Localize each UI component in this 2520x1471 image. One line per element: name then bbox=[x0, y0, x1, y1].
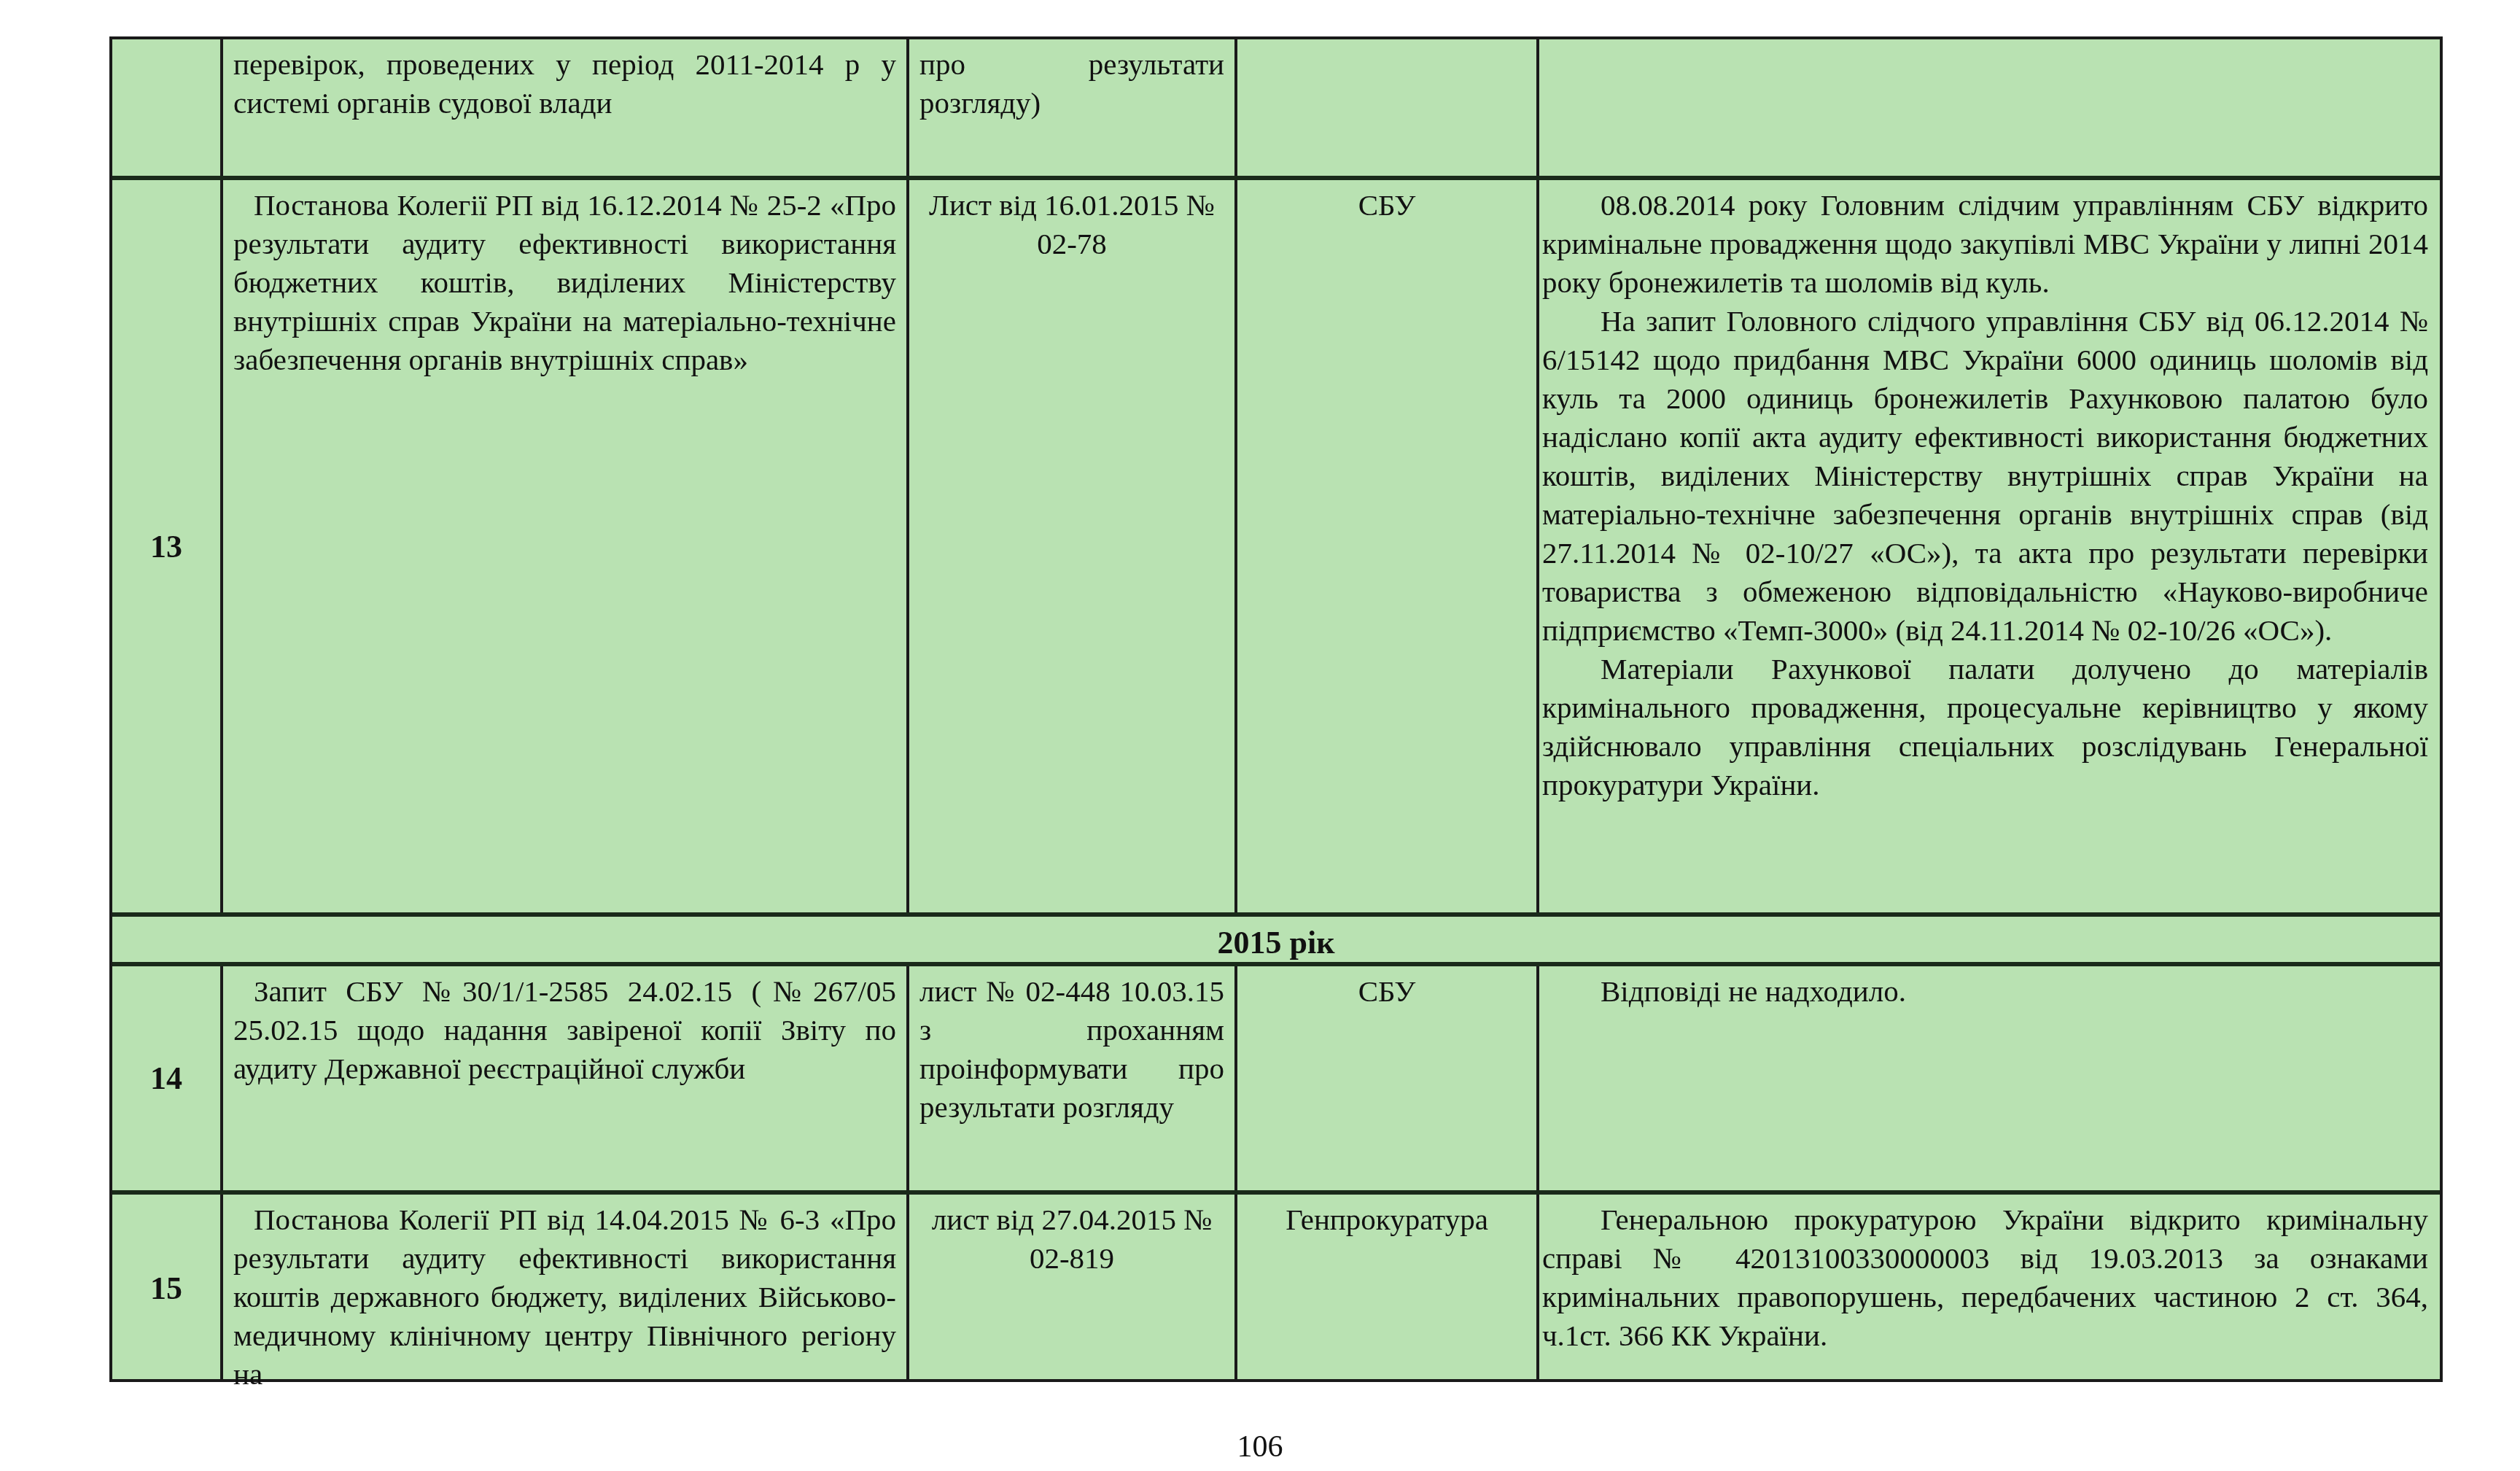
result-cell: Генеральною прокуратурою України відкрит… bbox=[1539, 1195, 2443, 1382]
letter-cell: про результати розгляду) bbox=[909, 39, 1237, 176]
page-number: 106 bbox=[0, 1429, 2520, 1464]
result-paragraph: Генеральною прокуратурою України відкрит… bbox=[1542, 1200, 2428, 1355]
result-cell: Відповіді не надходило. bbox=[1539, 966, 2443, 1190]
recipient-cell bbox=[1237, 39, 1539, 176]
recipient-cell: СБУ bbox=[1237, 180, 1539, 912]
row-number: 14 bbox=[112, 966, 223, 1190]
document-cell: Постанова Колегії РП від 16.12.2014 № 25… bbox=[223, 180, 909, 912]
table-row: 14 Запит СБУ №30/1/1-2585 24.02.15 (№267… bbox=[112, 966, 2440, 1195]
result-paragraph: 08.08.2014 року Головним слідчим управлі… bbox=[1542, 186, 2428, 302]
document-cell: перевірок, проведених у період 2011-2014… bbox=[223, 39, 909, 176]
row-number bbox=[112, 39, 223, 176]
document-cell: Запит СБУ №30/1/1-2585 24.02.15 (№267/05… bbox=[223, 966, 909, 1190]
result-paragraph: Матеріали Рахункової палати долучено до … bbox=[1542, 650, 2428, 804]
letter-cell: Лист від 16.01.2015 № 02-78 bbox=[909, 180, 1237, 912]
table-row: перевірок, проведених у період 2011-2014… bbox=[112, 39, 2440, 180]
result-cell bbox=[1539, 39, 2443, 176]
letter-cell: лист від 27.04.2015 № 02-819 bbox=[909, 1195, 1237, 1382]
year-header: 2015 рік bbox=[112, 917, 2440, 966]
document-cell: Постанова Колегії РП від 14.04.2015 № 6-… bbox=[223, 1195, 909, 1382]
result-paragraph: Відповіді не надходило. bbox=[1542, 972, 2428, 1011]
row-number: 15 bbox=[112, 1195, 223, 1382]
recipient-cell: СБУ bbox=[1237, 966, 1539, 1190]
letter-cell: лист № 02-448 10.03.15 з проханням проін… bbox=[909, 966, 1237, 1190]
table-row: 13 Постанова Колегії РП від 16.12.2014 №… bbox=[112, 180, 2440, 917]
row-number: 13 bbox=[112, 180, 223, 912]
document-table: перевірок, проведених у період 2011-2014… bbox=[109, 36, 2443, 1382]
result-cell: 08.08.2014 року Головним слідчим управлі… bbox=[1539, 180, 2443, 912]
table-row: 15 Постанова Колегії РП від 14.04.2015 №… bbox=[112, 1195, 2440, 1382]
result-paragraph: На запит Головного слідчого управління С… bbox=[1542, 302, 2428, 650]
recipient-cell: Генпрокуратура bbox=[1237, 1195, 1539, 1382]
